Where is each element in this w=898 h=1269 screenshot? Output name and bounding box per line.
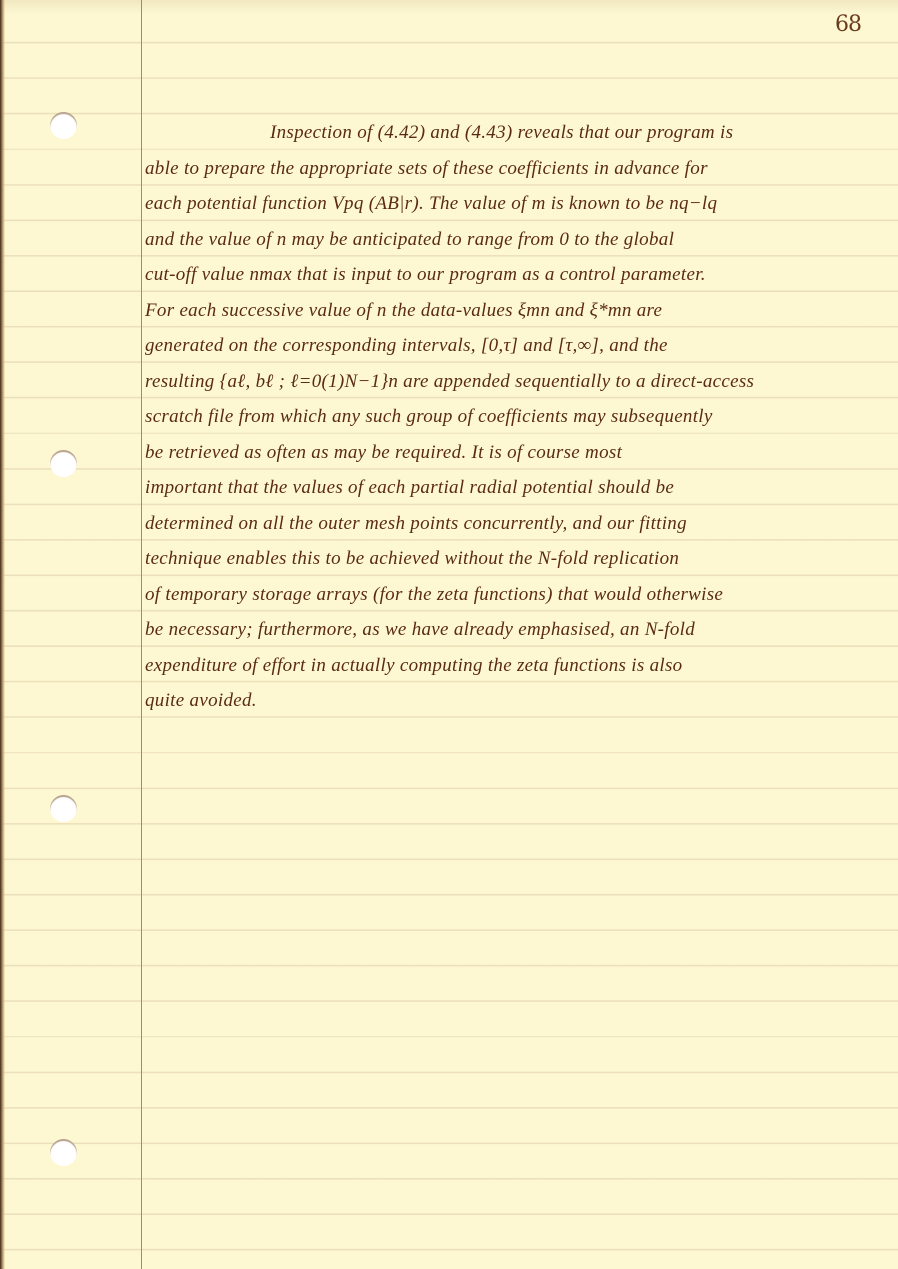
text-line: be retrieved as often as may be required… [145,438,885,474]
text-line: be necessary; furthermore, as we have al… [145,615,885,651]
text-line: generated on the corresponding intervals… [145,331,885,367]
text-line: important that the values of each partia… [145,473,885,509]
text-line: able to prepare the appropriate sets of … [145,154,885,190]
text-line: of temporary storage arrays (for the zet… [145,580,885,616]
text-line: each potential function Vpq (AB|r). The … [145,189,885,225]
punch-hole-icon [50,1139,77,1166]
page-edge-shadow [0,0,5,1269]
handwritten-paragraph: Inspection of (4.42) and (4.43) reveals … [145,118,885,722]
punch-hole-icon [50,795,77,822]
text-line: For each successive value of n the data-… [145,296,885,332]
text-line: Inspection of (4.42) and (4.43) reveals … [145,118,885,154]
punch-hole-icon [50,450,77,477]
notebook-page: 68 Inspection of (4.42) and (4.43) revea… [0,0,898,1269]
text-line: resulting {aℓ, bℓ ; ℓ=0(1)N−1}n are appe… [145,367,885,403]
text-line: expenditure of effort in actually comput… [145,651,885,687]
text-line: scratch file from which any such group o… [145,402,885,438]
text-line: quite avoided. [145,686,885,722]
margin-line [141,0,142,1269]
text-line: determined on all the outer mesh points … [145,509,885,545]
punch-hole-icon [50,112,77,139]
text-line: and the value of n may be anticipated to… [145,225,885,261]
text-line: cut-off value nmax that is input to our … [145,260,885,296]
page-number: 68 [835,12,861,37]
text-line: technique enables this to be achieved wi… [145,544,885,580]
